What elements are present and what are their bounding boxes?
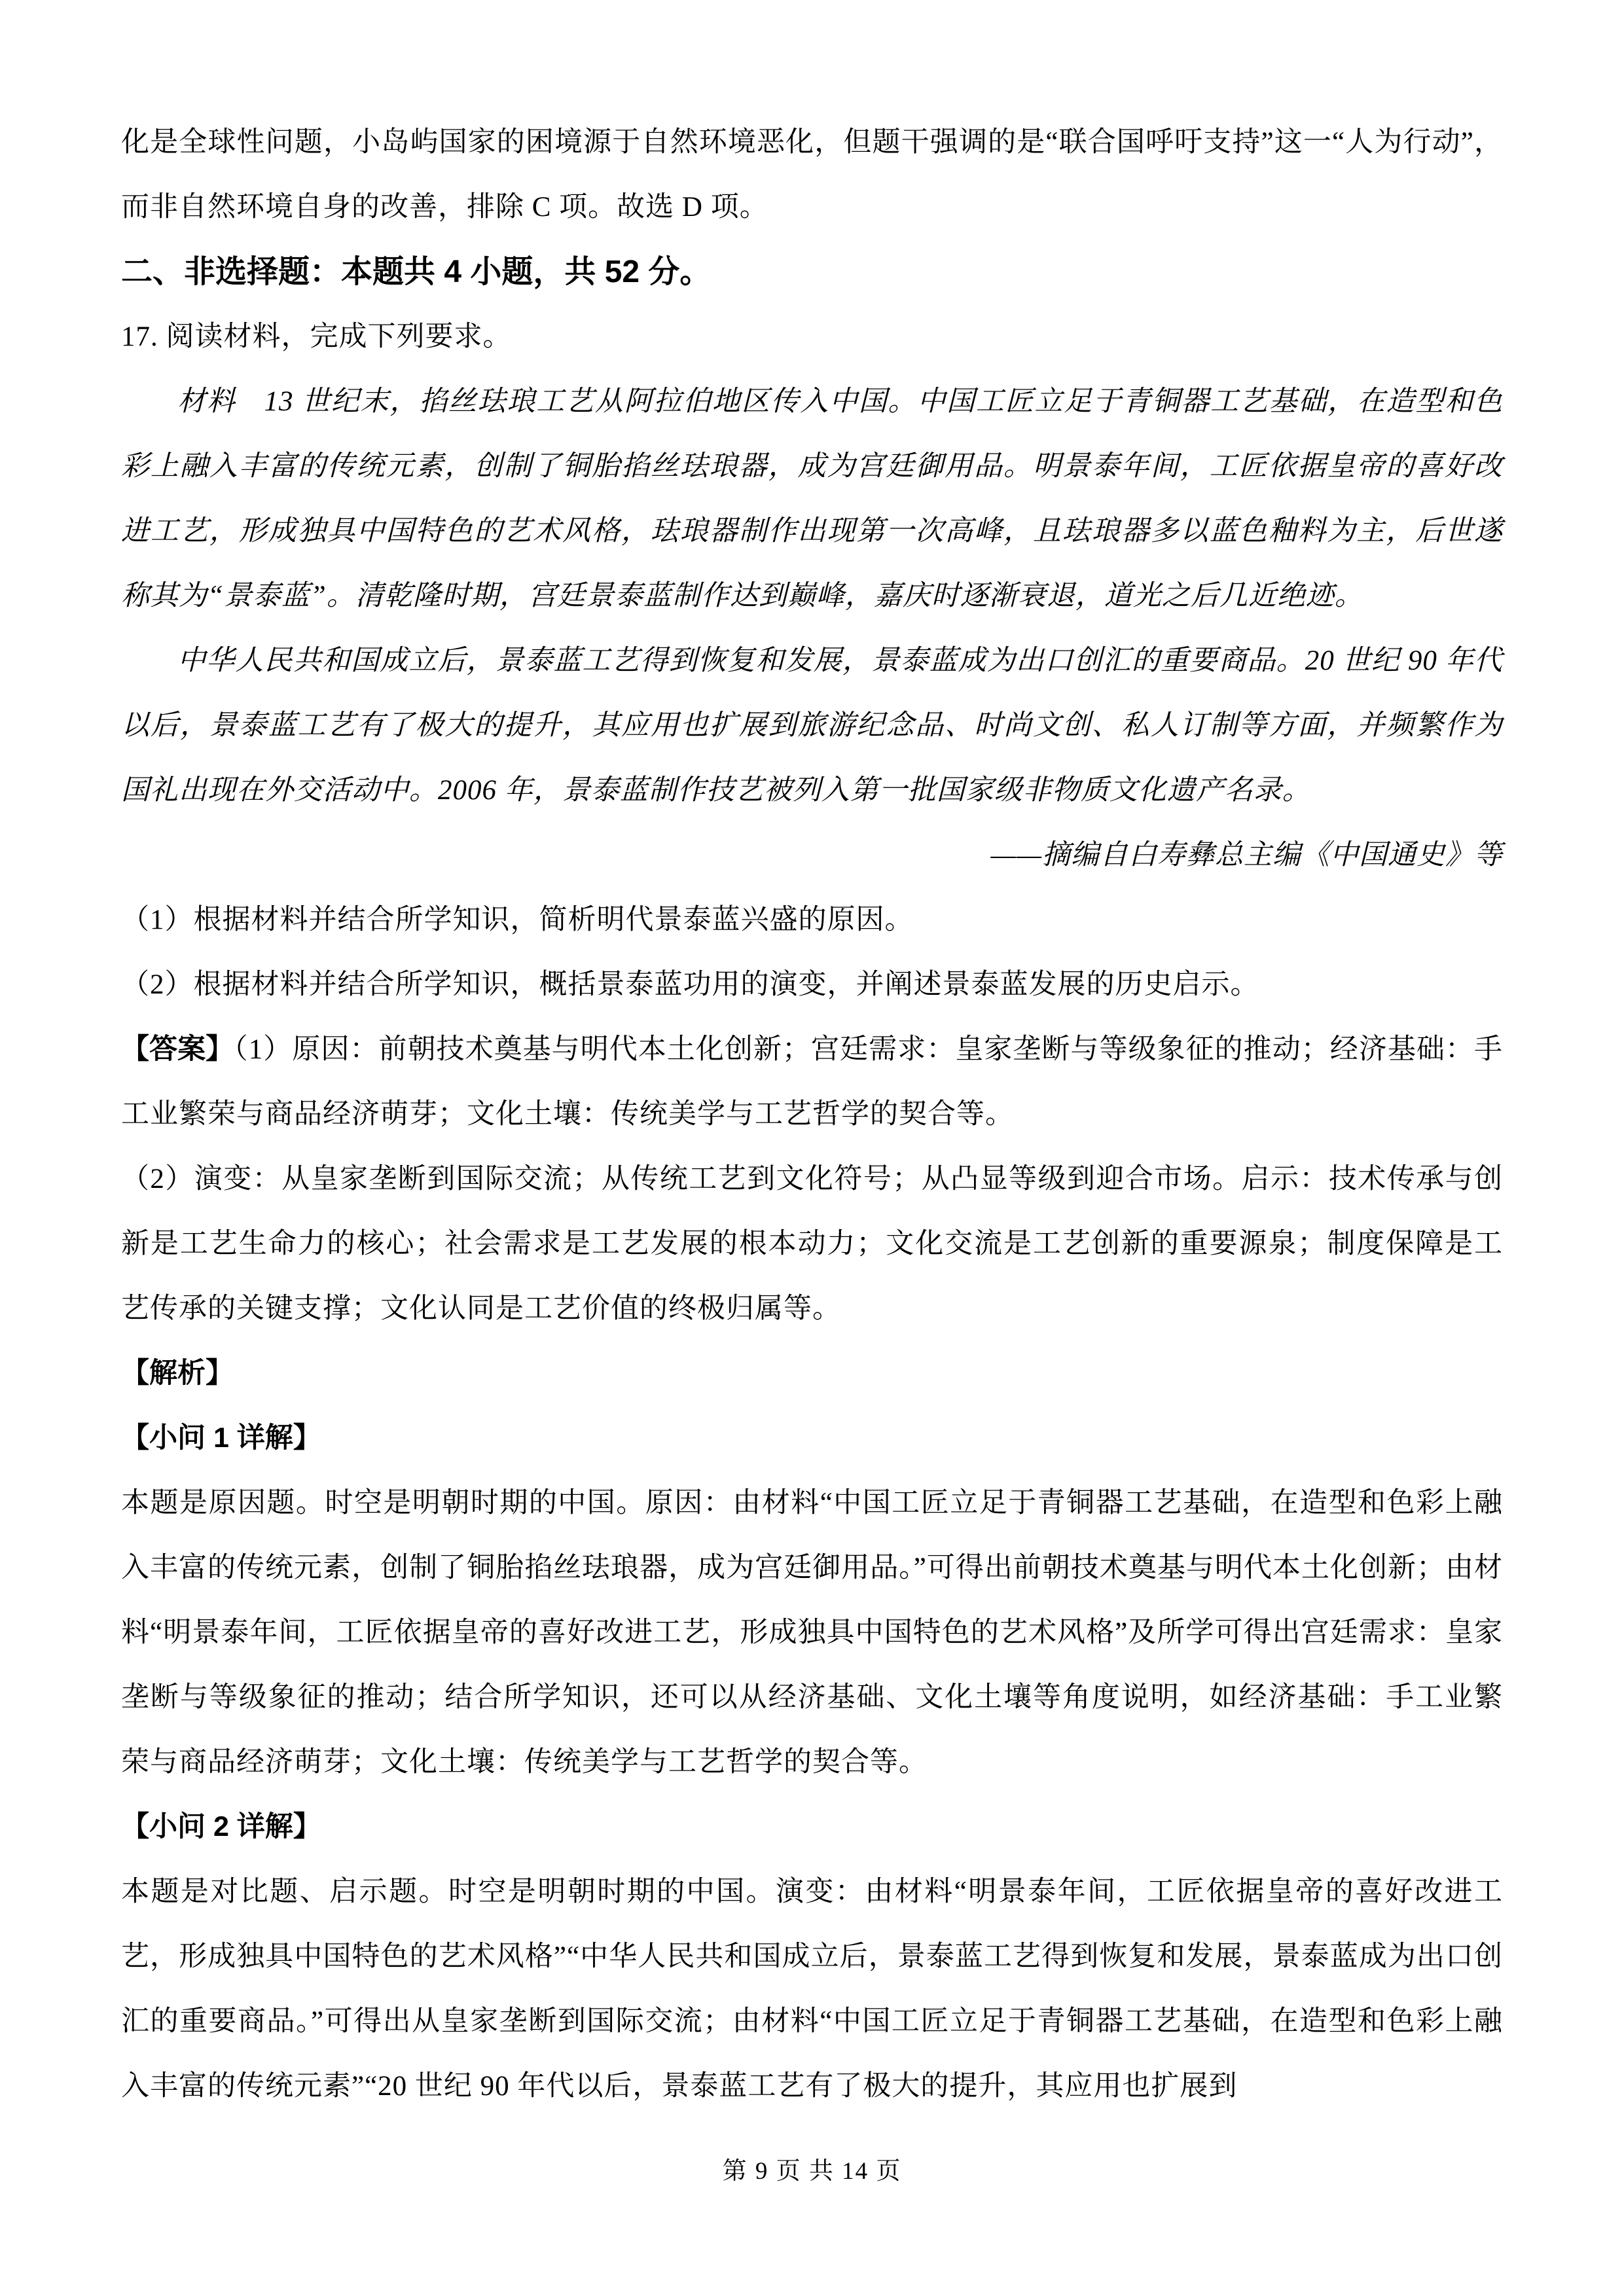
sub-question-2: （2）根据材料并结合所学知识，概括景泰蓝功用的演变，并阐述景泰蓝发展的历史启示。 [121,952,1503,1017]
detail-2-heading: 【小问 2 详解】 [121,1795,1503,1859]
answer-label: 【答案】 [121,1033,234,1065]
material-paragraph-1: 材料13 世纪末，掐丝珐琅工艺从阿拉伯地区传入中国。中国工匠立足于青铜器工艺基础… [121,369,1503,628]
question-17-intro: 17. 阅读材料，完成下列要求。 [121,304,1503,369]
answer-part-1-text: （1）原因：前朝技术奠基与明代本土化创新；宫廷需求：皇家垄断与等级象征的推动；经… [121,1034,1503,1130]
detail-2-paragraph: 本题是对比题、启示题。时空是明朝时期的中国。演变：由材料“明景泰年间，工匠依据皇… [121,1859,1503,2119]
answer-paragraph-1: 【答案】（1）原因：前朝技术奠基与明代本土化创新；宫廷需求：皇家垄断与等级象征的… [121,1017,1503,1147]
material-paragraph-1-text: 13 世纪末，掐丝珐琅工艺从阿拉伯地区传入中国。中国工匠立足于青铜器工艺基础，在… [121,386,1503,611]
continuation-paragraph: 化是全球性问题，小岛屿国家的困境源于自然环境恶化，但题干强调的是“联合国呼吁支持… [121,110,1503,240]
detail-1-paragraph: 本题是原因题。时空是明朝时期的中国。原因：由材料“中国工匠立足于青铜器工艺基础，… [121,1471,1503,1795]
sub-question-1: （1）根据材料并结合所学知识，简析明代景泰蓝兴盛的原因。 [121,888,1503,952]
detail-2-label: 【小问 2 详解】 [121,1811,321,1842]
answer-paragraph-2: （2）演变：从皇家垄断到国际交流；从传统工艺到文化符号；从凸显等级到迎合市场。启… [121,1147,1503,1341]
analysis-heading: 【解析】 [121,1341,1503,1406]
material-label: 材料 [177,386,236,417]
analysis-label: 【解析】 [121,1357,234,1389]
material-paragraph-2: 中华人民共和国成立后，景泰蓝工艺得到恢复和发展，景泰蓝成为出口创汇的重要商品。2… [121,628,1503,823]
page-number-indicator: 第 9 页 共 14 页 [0,2151,1624,2186]
document-page: 化是全球性问题，小岛屿国家的困境源于自然环境恶化，但题干强调的是“联合国呼吁支持… [0,0,1624,2296]
section-heading: 二、非选择题：本题共 4 小题，共 52 分。 [121,240,1503,304]
detail-1-label: 【小问 1 详解】 [121,1422,321,1454]
material-source: ——摘编自白寿彝总主编《中国通史》等 [121,823,1503,888]
detail-1-heading: 【小问 1 详解】 [121,1406,1503,1471]
